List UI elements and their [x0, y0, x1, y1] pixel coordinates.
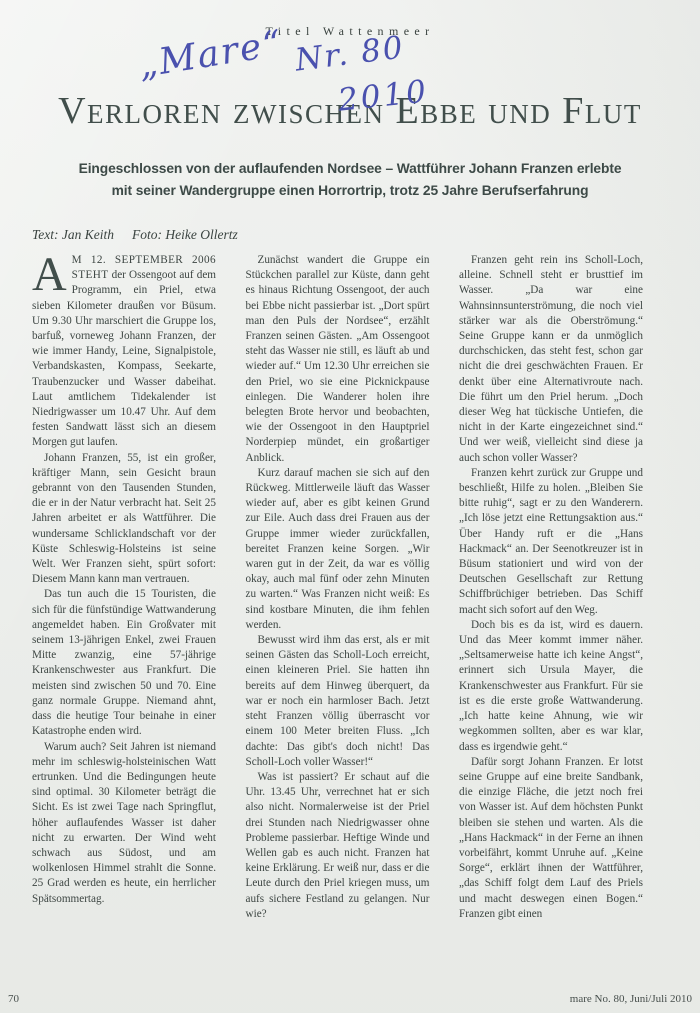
column-3: Franzen geht rein ins Scholl-Loch, allei… [459, 253, 643, 922]
paragraph: Kurz darauf machen sie sich auf den Rück… [246, 466, 430, 633]
byline: Text: Jan KeithFoto: Heike Ollertz [32, 227, 700, 243]
magazine-page: { "header": { "label": "Titel Wattenmeer… [0, 0, 700, 1013]
article-subtitle: Eingeschlossen von der auflaufenden Nord… [0, 158, 700, 201]
column-2: Zunächst wandert die Gruppe ein Stückche… [246, 253, 430, 922]
paragraph: Franzen kehrt zurück zur Gruppe und besc… [459, 466, 643, 618]
paragraph: AM 12. SEPTEMBER 2006 STEHT der Ossengoo… [32, 253, 216, 451]
article-title: Verloren zwischen Ebbe und Flut [0, 91, 700, 133]
issue-info: mare No. 80, Juni/Juli 2010 [570, 993, 692, 1005]
paragraph: Dafür sorgt Johann Franzen. Er lotst sei… [459, 755, 643, 922]
column-1: AM 12. SEPTEMBER 2006 STEHT der Ossengoo… [32, 253, 216, 922]
running-head: Titel Wattenmeer [0, 0, 700, 39]
paragraph: Warum auch? Seit Jahren ist niemand mehr… [32, 740, 216, 907]
photo-credit: Foto: Heike Ollertz [132, 227, 238, 242]
paragraph: Das tun auch die 15 Touristen, die sich … [32, 587, 216, 739]
subtitle-line-1: Eingeschlossen von der auflaufenden Nord… [0, 158, 700, 179]
page-number: 70 [8, 993, 19, 1005]
paragraph: Zunächst wandert die Gruppe ein Stückche… [246, 253, 430, 466]
text-credit: Text: Jan Keith [32, 227, 114, 242]
paragraph: Doch bis es da ist, wird es dauern. Und … [459, 618, 643, 755]
paragraph: Johann Franzen, 55, ist ein großer, kräf… [32, 451, 216, 588]
article-body: AM 12. SEPTEMBER 2006 STEHT der Ossengoo… [32, 253, 643, 922]
subtitle-line-2: mit seiner Wandergruppe einen Horrortrip… [0, 180, 700, 201]
paragraph: Was ist passiert? Er schaut auf die Uhr.… [246, 770, 430, 922]
dropcap: A [32, 253, 72, 295]
paragraph: Franzen geht rein ins Scholl-Loch, allei… [459, 253, 643, 466]
paragraph: Bewusst wird ihm das erst, als er mit se… [246, 633, 430, 770]
